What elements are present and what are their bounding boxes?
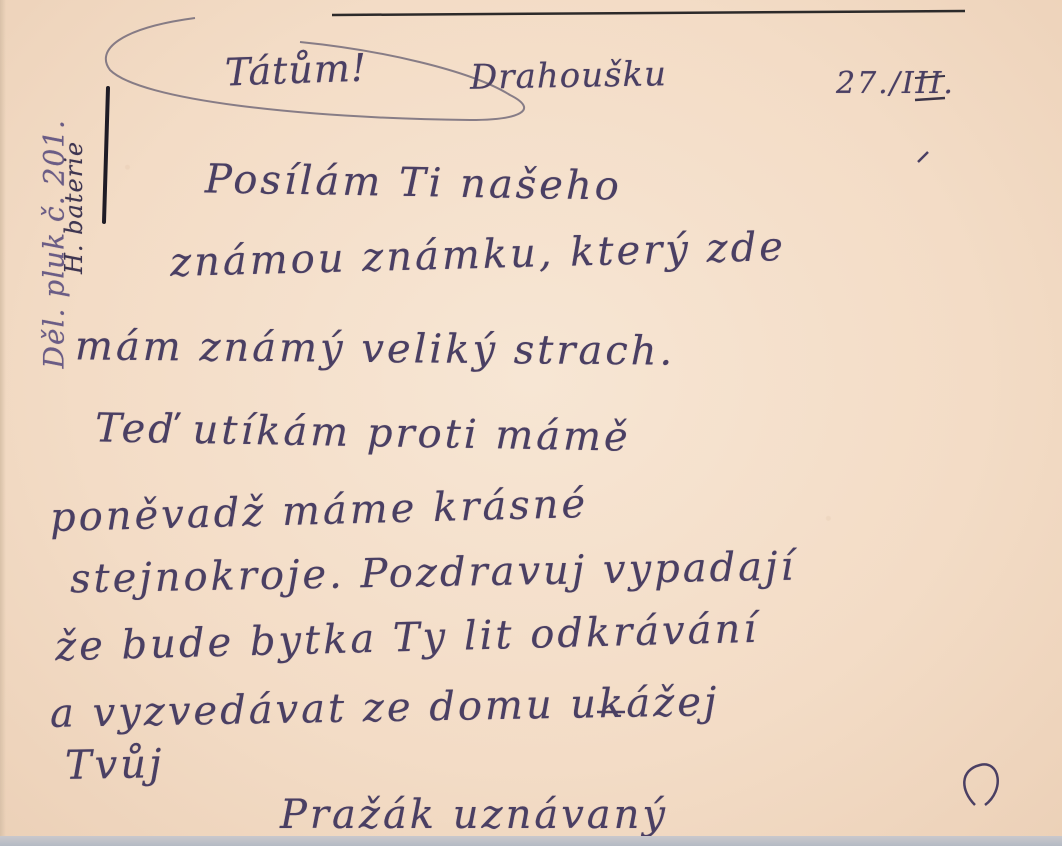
closing-flourish — [964, 764, 997, 805]
margin-battery-text: H. baterie — [60, 74, 88, 274]
salutation: Drahoušku — [470, 54, 668, 97]
postcard: Děl. pluk č. 201. H. baterie Tátům! Drah… — [0, 0, 1062, 836]
scan-background — [0, 836, 1062, 846]
greeting: Tátům! — [224, 46, 368, 95]
top-rule — [332, 11, 965, 15]
signature-closing: Tvůj — [65, 741, 165, 789]
body-line: mám známý veliký strach. — [75, 323, 676, 374]
signature: Pražák uznávaný — [280, 792, 668, 836]
body-line: Teď utíkám proti mámě — [95, 405, 631, 460]
body-line: Posílám Ti našeho — [205, 156, 623, 209]
date: 27./III. — [836, 66, 955, 101]
accent-mark — [918, 152, 928, 162]
margin-underline — [104, 88, 108, 222]
